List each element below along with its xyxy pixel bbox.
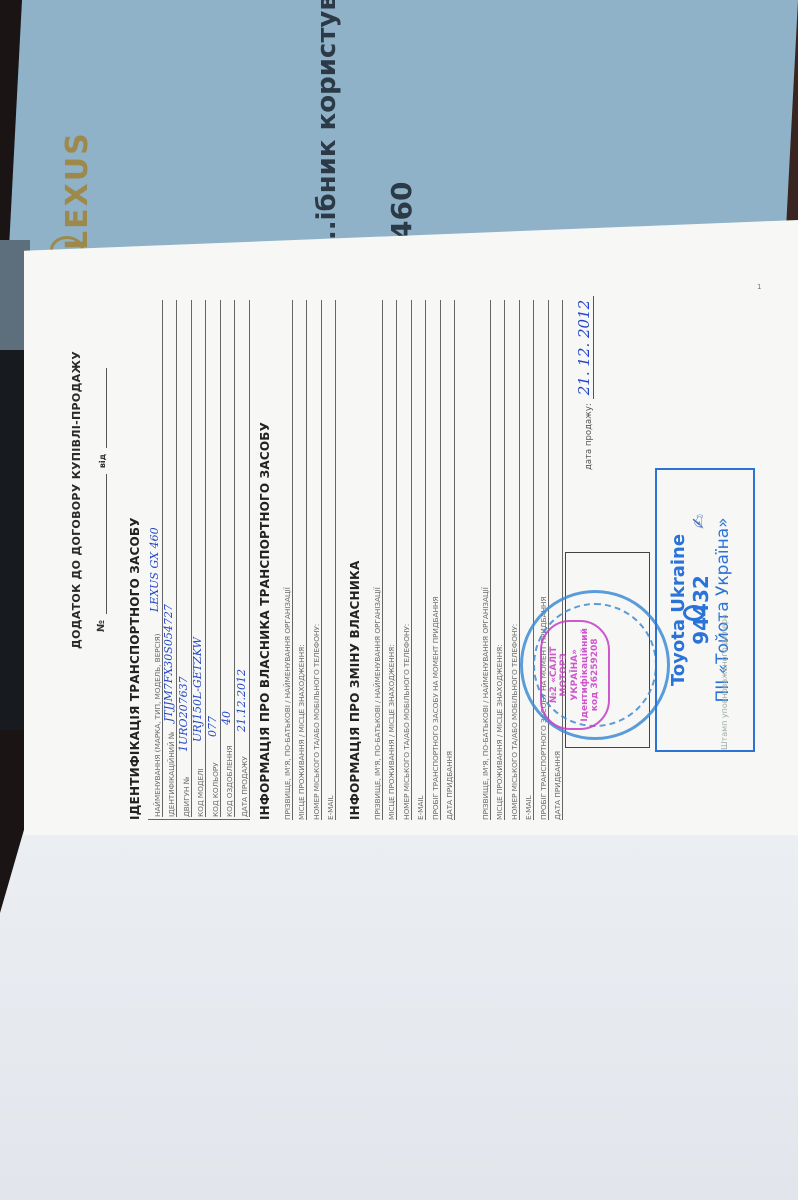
section-title: ІНФОРМАЦІЯ ПРО ВЛАСНИКА ТРАНСПОРТНОГО ЗА… [258,300,272,820]
form-row[interactable]: E-MAIL [520,300,535,820]
form-row[interactable]: ПРІЗВИЩЕ, ІМ'Я, ПО-БАТЬКОВІ / НАЙМЕНУВАН… [476,300,491,820]
number-label: № [96,620,107,632]
contract-number-field[interactable] [95,474,107,614]
form-row-label: ДВИГУН № [182,777,191,817]
form-row-value[interactable]: 40 [220,711,233,725]
cover-model: 460 [385,182,418,240]
stamp-inner-text: №2 «САЛІТ МОТОРЗ УКРАЇНА» Ідентифікаційн… [549,628,601,722]
form-row-label: E-MAIL [326,796,335,820]
section-title: ІНФОРМАЦІЯ ПРО ЗМІНУ ВЛАСНИКА [348,300,362,820]
form-row[interactable]: ІДЕНТИФІКАЦІЙНИЙ №JTJJM7FX30S054727 [163,300,178,817]
section-owner-change: ІНФОРМАЦІЯ ПРО ЗМІНУ ВЛАСНИКАПРІЗВИЩЕ, І… [348,300,455,820]
company-inner-stamp: №2 «САЛІТ МОТОРЗ УКРАЇНА» Ідентифікаційн… [540,620,610,730]
form-row-value[interactable]: LEXUS GX 460 [148,527,161,612]
form-row-label: НАЙМЕНУВАННЯ (МАРКА, ТИП, МОДЕЛЬ, ВЕРСІЯ… [153,634,162,817]
form-row-label: МІСЦЕ ПРОЖИВАННЯ / МІСЦЕ ЗНАХОДЖЕННЯ: [387,644,396,820]
form-row[interactable]: ПРОБІГ ТРАНСПОРТНОГО ЗАСОБУ НА МОМЕНТ ПР… [426,300,441,820]
form-row[interactable]: КОД КОЛЬОРУ077 [206,300,221,817]
form-table: ПРІЗВИЩЕ, ІМ'Я, ПО-БАТЬКОВІ / НАЙМЕНУВАН… [476,300,563,820]
form-row-value[interactable]: URJ150L-GETZKW [191,637,204,742]
form-row[interactable]: E-MAIL [322,300,337,820]
form-row-label: ПРІЗВИЩЕ, ІМ'Я, ПО-БАТЬКОВІ / НАЙМЕНУВАН… [373,587,382,820]
form-row[interactable]: КОД ОЗДОБЛЕННЯ40 [221,300,236,817]
form-row[interactable]: МІСЦЕ ПРОЖИВАННЯ / МІСЦЕ ЗНАХОДЖЕННЯ: [293,300,308,820]
form-row-label: E-MAIL [524,796,533,820]
section-owner-change-2: ПРІЗВИЩЕ, ІМ'Я, ПО-БАТЬКОВІ / НАЙМЕНУВАН… [476,300,563,820]
form-row-label: НОМЕР МІСЬКОГО ТА/АБО МОБІЛЬНОГО ТЕЛЕФОН… [312,624,321,820]
contract-number-line: № від [95,290,107,710]
form-row-value[interactable]: 1URO207637 [177,676,190,752]
contract-date-field[interactable] [95,368,107,448]
form-row-value[interactable]: 21.12.2012 [235,669,248,732]
form-row[interactable]: НОМЕР МІСЬКОГО ТА/АБО МОБІЛЬНОГО ТЕЛЕФОН… [397,300,412,820]
dealer-name: Toyota Ukraine [668,475,689,745]
form-row-label: МІСЦЕ ПРОЖИВАННЯ / МІСЦЕ ЗНАХОДЖЕННЯ: [495,644,504,820]
form-row[interactable]: ДАТА ПРИДБАННЯ [441,300,456,820]
cover-shadow [0,350,26,730]
form-row-label: ПРІЗВИЩЕ, ІМ'Я, ПО-БАТЬКОВІ / НАЙМЕНУВАН… [481,587,490,820]
section-title: ІДЕНТИФІКАЦІЯ ТРАНСПОРТНОГО ЗАСОБУ [128,300,142,820]
contract-appendix: ДОДАТОК ДО ДОГОВОРУ КУПІВЛІ-ПРОДАЖУ № ві… [70,260,590,820]
form-row[interactable]: E-MAIL [412,300,427,820]
form-row-label: ПРІЗВИЩЕ, ІМ'Я, ПО-БАТЬКОВІ / НАЙМЕНУВАН… [283,587,292,820]
form-row[interactable]: ПРІЗВИЩЕ, ІМ'Я, ПО-БАТЬКОВІ / НАЙМЕНУВАН… [278,300,293,820]
facing-page-blank [0,790,798,1200]
form-row-label: НОМЕР МІСЬКОГО ТА/АБО МОБІЛЬНОГО ТЕЛЕФОН… [402,624,411,820]
form-row-label: E-MAIL [416,796,425,820]
sale-date-value[interactable]: 21. 12. 2012 [575,296,594,399]
form-row-label: ІДЕНТИФІКАЦІЙНИЙ № [167,732,176,817]
stamp-caption: Штамп уповноваженого дилера [720,614,729,750]
form-row-label: НОМЕР МІСЬКОГО ТА/АБО МОБІЛЬНОГО ТЕЛЕФОН… [510,624,519,820]
form-row[interactable]: МІСЦЕ ПРОЖИВАННЯ / МІСЦЕ ЗНАХОДЖЕННЯ: [383,300,398,820]
form-row-label: ДАТА ПРИДБАННЯ [553,751,562,820]
form-row-label: ДАТА ПРИДБАННЯ [445,751,454,820]
form-row[interactable]: НОМЕР МІСЬКОГО ТА/АБО МОБІЛЬНОГО ТЕЛЕФОН… [505,300,520,820]
form-row-label: КОД МОДЕЛІ [196,768,205,817]
form-row[interactable]: ПРОБІГ ТРАНСПОРТНОГО ЗАСОБУ НА МОМЕНТ ПР… [534,300,549,820]
form-row-value[interactable]: 077 [206,716,219,737]
form-row[interactable]: ДАТА ПРОДАЖУ21.12.2012 [235,300,250,817]
form-row-label: ПРОБІГ ТРАНСПОРТНОГО ЗАСОБУ НА МОМЕНТ ПР… [431,597,440,820]
form-row[interactable]: НАЙМЕНУВАННЯ (МАРКА, ТИП, МОДЕЛЬ, ВЕРСІЯ… [148,300,163,817]
form-row[interactable]: МІСЦЕ ПРОЖИВАННЯ / МІСЦЕ ЗНАХОДЖЕННЯ: [491,300,506,820]
form-row-value[interactable]: JTJJM7FX30S054727 [162,604,175,722]
sale-date-label: дата продажу: [584,403,594,470]
page-number: 1 [757,283,761,291]
form-table: ПРІЗВИЩЕ, ІМ'Я, ПО-БАТЬКОВІ / НАЙМЕНУВАН… [368,300,455,820]
document-title: ДОДАТОК ДО ДОГОВОРУ КУПІВЛІ-ПРОДАЖУ [70,290,83,710]
cover-title: ...ібник користувача [312,0,342,250]
form-row[interactable]: ДВИГУН №1URO207637 [177,300,192,817]
form-row-label: КОД КОЛЬОРУ [211,762,220,817]
form-row-label: МІСЦЕ ПРОЖИВАННЯ / МІСЦЕ ЗНАХОДЖЕННЯ: [297,644,306,820]
lexus-logo: LEXUS [60,131,95,250]
document-header: ДОДАТОК ДО ДОГОВОРУ КУПІВЛІ-ПРОДАЖУ № ві… [70,290,107,710]
form-row[interactable]: ПРІЗВИЩЕ, ІМ'Я, ПО-БАТЬКОВІ / НАЙМЕНУВАН… [368,300,383,820]
form-row-label: КОД ОЗДОБЛЕННЯ [225,746,234,817]
section-vehicle-identification: ІДЕНТИФІКАЦІЯ ТРАНСПОРТНОГО ЗАСОБУНАЙМЕН… [128,300,250,820]
sale-date-line: дата продажу: 21. 12. 2012 [575,296,594,470]
from-label: від [98,454,107,468]
form-table: ПРІЗВИЩЕ, ІМ'Я, ПО-БАТЬКОВІ / НАЙМЕНУВАН… [278,300,336,820]
form-row[interactable]: КОД МОДЕЛІURJ150L-GETZKW [192,300,207,817]
form-row[interactable]: НОМЕР МІСЬКОГО ТА/АБО МОБІЛЬНОГО ТЕЛЕФОН… [307,300,322,820]
form-table: НАЙМЕНУВАННЯ (МАРКА, ТИП, МОДЕЛЬ, ВЕРСІЯ… [148,300,250,820]
section-owner-info: ІНФОРМАЦІЯ ПРО ВЛАСНИКА ТРАНСПОРТНОГО ЗА… [258,300,336,820]
form-row[interactable]: ДАТА ПРИДБАННЯ [549,300,564,820]
dealer-code: 94432 [689,475,713,745]
form-row-label: ДАТА ПРОДАЖУ [240,756,249,817]
